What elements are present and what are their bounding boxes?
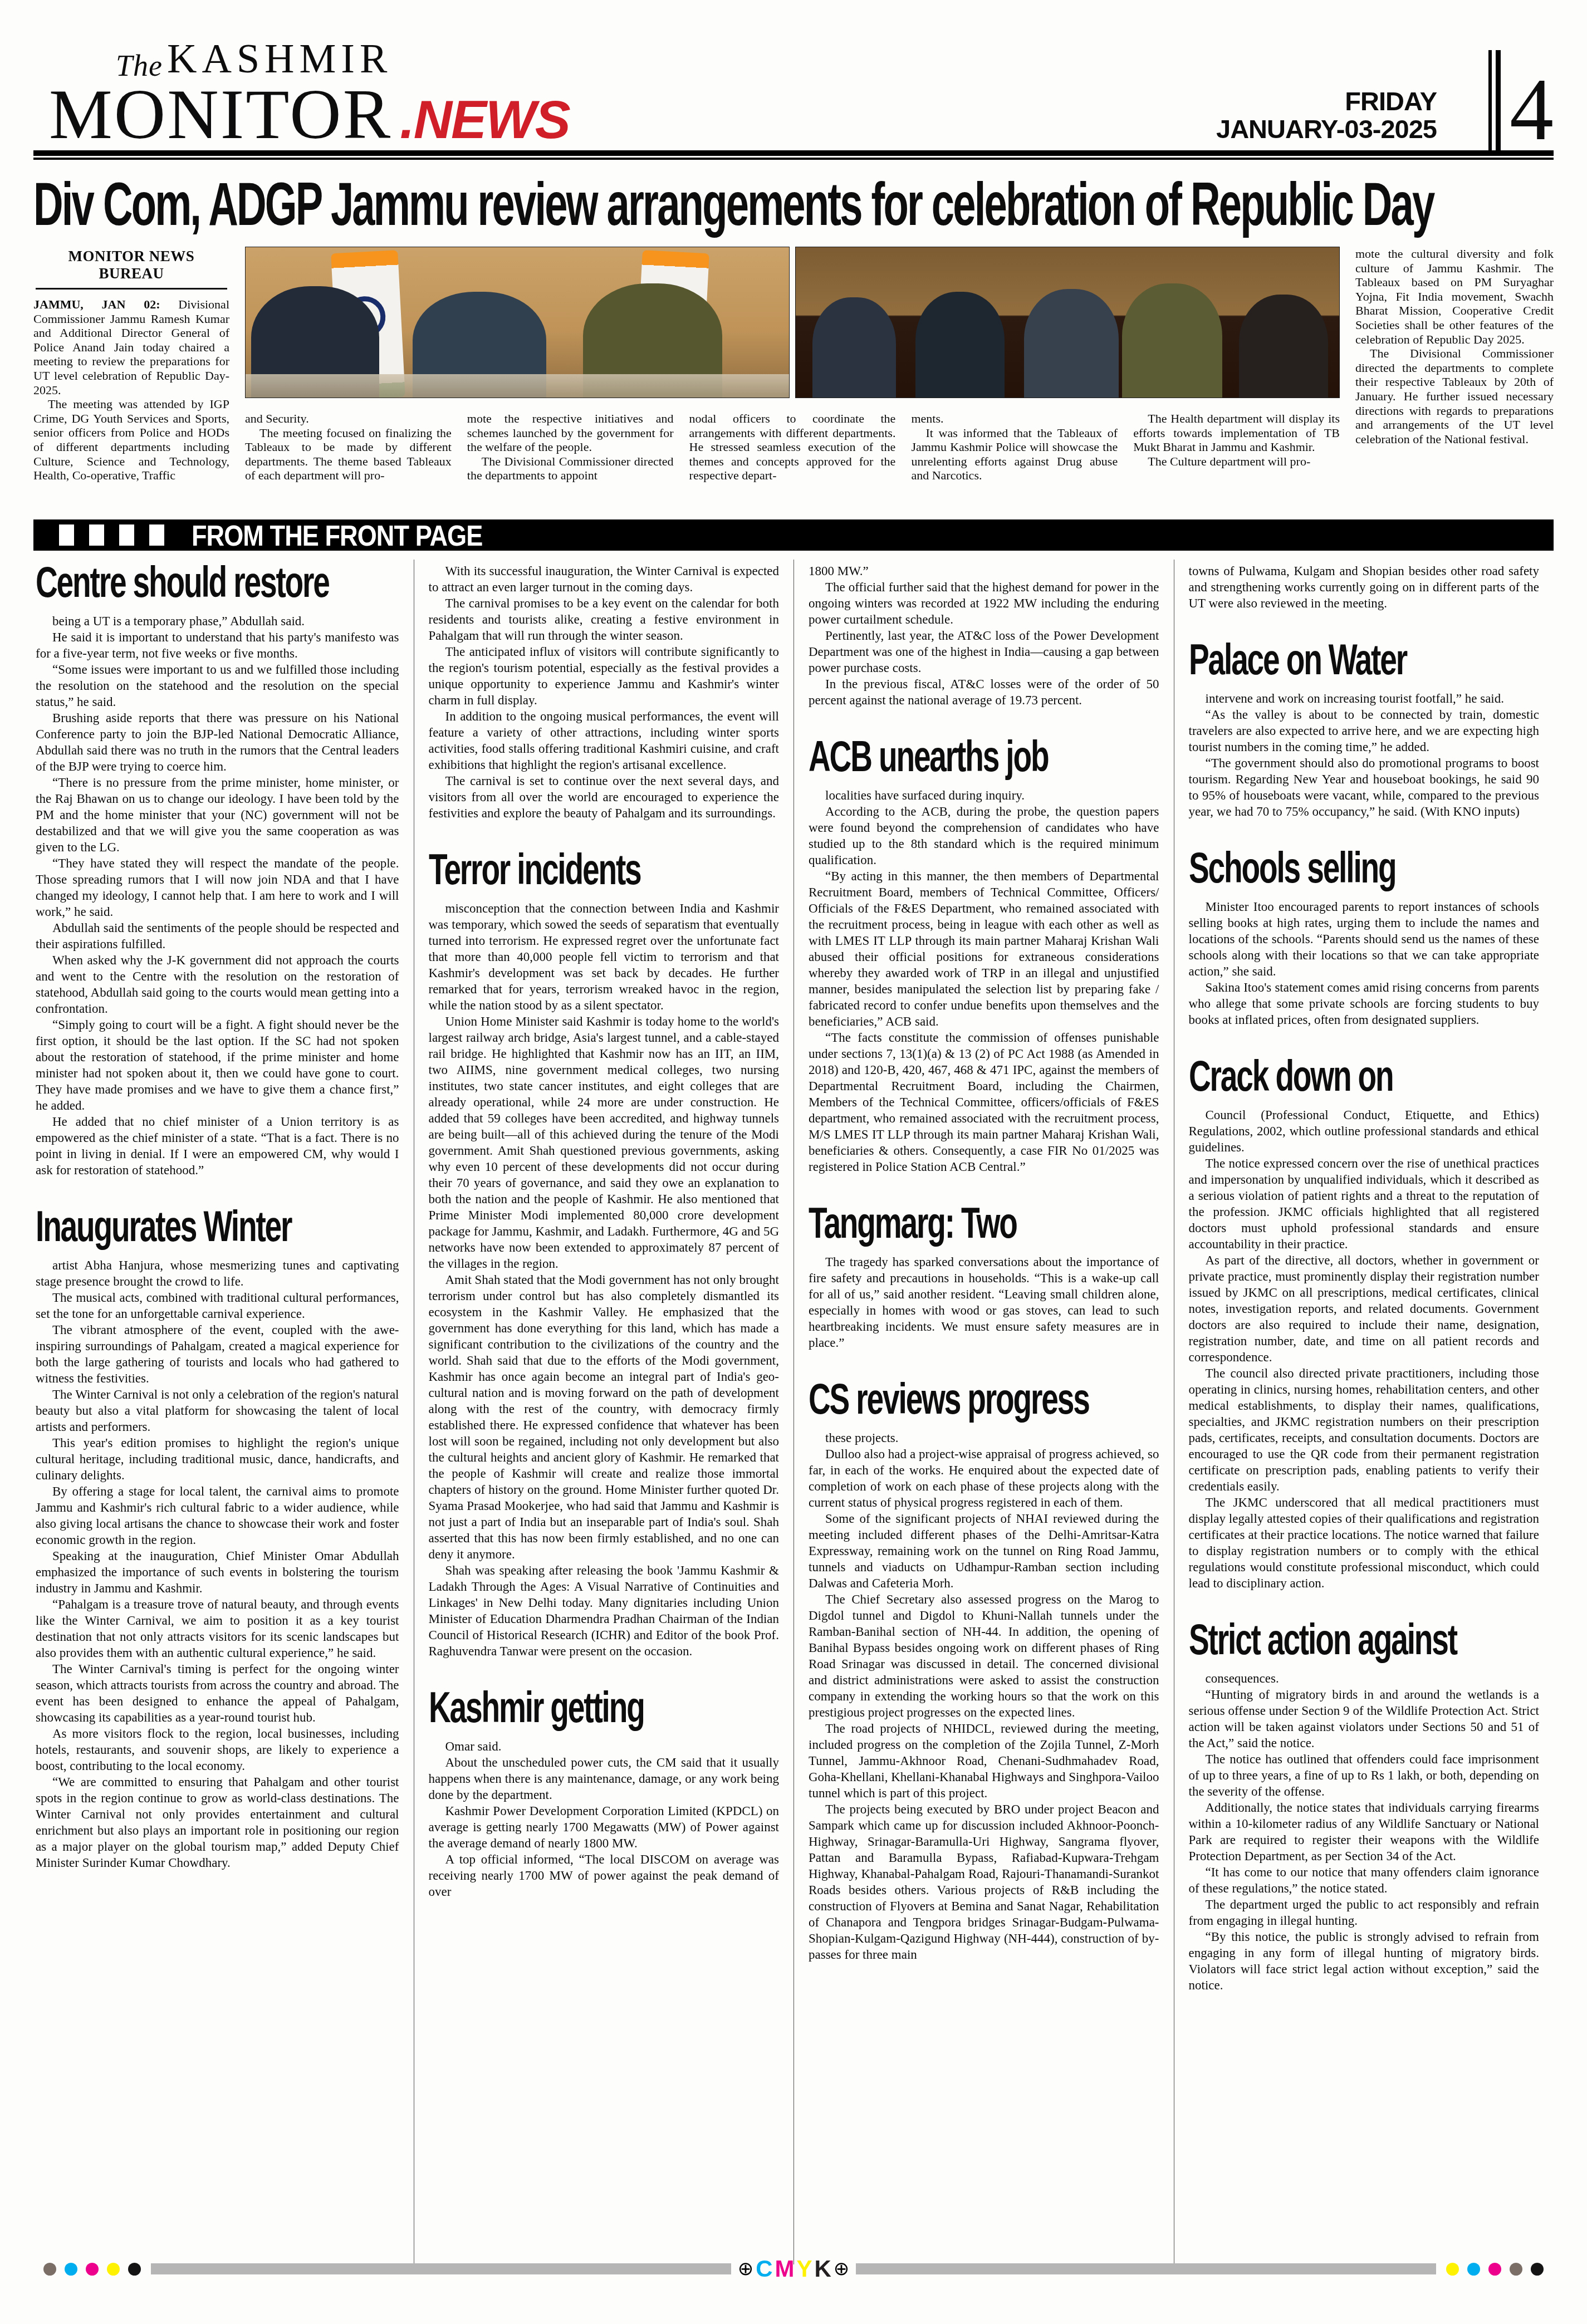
logo-monitor: MONITOR [49,79,392,150]
lead-mini-column: mote the respective initiatives and sche… [467,411,674,499]
article-heading: Centre should restore [36,560,329,607]
calibration-dot-icon [86,2263,99,2276]
article-paragraph: misconception that the connection betwee… [429,900,780,1013]
photo-figure [812,297,896,398]
article-paragraph: The carnival promises to be a key event … [429,595,780,644]
photo-figure [1122,283,1222,398]
article-paragraph: The Divisional Commissioner directed the… [1355,346,1554,446]
article-heading-wrap: Strict action against [1189,1621,1540,1663]
banner-square-icon [149,524,164,546]
article-paragraph: The meeting focused on finalizing the Ta… [245,426,452,483]
article-paragraph: Union Home Minister said Kashmir is toda… [429,1013,780,1272]
article-paragraph: The anticipated influx of visitors will … [429,644,780,708]
article-paragraph: “There is no pressure from the prime min… [36,774,399,855]
article-paragraph: artist Abha Hanjura, whose mesmerizing t… [36,1257,399,1290]
issue-date: FRIDAY JANUARY-03-2025 [1216,87,1437,143]
footer-gray-bar [856,2263,1436,2274]
lead-mini-column: ments.It was informed that the Tableaux … [911,411,1118,499]
photo-figure [1239,295,1328,398]
article-paragraph: Sakina Itoo's statement comes amid risin… [1189,979,1540,1028]
registration-cross-icon: ⊕ [834,2258,850,2280]
newspaper-logo: The KASHMIR MONITOR .NEWS [49,36,570,151]
article-paragraph: The carnival is set to continue over the… [429,773,780,821]
article-paragraph: The Health department will display its e… [1133,411,1340,454]
registration-cross-icon: ⊕ [738,2258,754,2280]
article-heading: Tangmarg: Two [809,1198,1017,1248]
article-paragraph: “The facts constitute the commission of … [809,1029,1159,1175]
byline: MONITOR NEWS BUREAU [36,247,227,290]
calibration-dot-icon [107,2263,120,2276]
cmyk-letter: M [775,2256,795,2282]
section-banner-label: FROM THE FRONT PAGE [192,518,482,552]
newspaper-page: The KASHMIR MONITOR .NEWS FRIDAY JANUARY… [0,0,1587,2324]
article-paragraph: Council (Professional Conduct, Etiquette… [1189,1107,1540,1155]
article-heading: Terror incidents [429,844,641,894]
calibration-dot-icon [65,2263,77,2276]
article-paragraph: In the previous fiscal, AT&C losses were… [809,676,1159,708]
article-paragraph: As more visitors flock to the region, lo… [36,1725,399,1774]
cmyk-letter: Y [797,2256,812,2282]
lead-headline-wrap: Div Com, ADGP Jammu review arrangements … [33,171,1554,239]
article-paragraph: “We are committed to ensuring that Pahal… [36,1774,399,1871]
article-paragraph: It was informed that the Tableaux of Jam… [911,426,1118,483]
article-paragraph: Pertinently, last year, the AT&C loss of… [809,627,1159,676]
body-column: 1800 MW.”The official further said that … [793,560,1174,2264]
article-paragraph: Abdullah said the sentiments of the peop… [36,920,399,952]
issue-date-text: JANUARY-03-2025 [1216,115,1437,143]
banner-square-icon [59,524,74,546]
masthead: The KASHMIR MONITOR .NEWS FRIDAY JANUARY… [33,32,1554,150]
article-paragraph: Some of the significant projects of NHAI… [809,1511,1159,1591]
article-heading: Crack down on [1189,1051,1393,1101]
article-paragraph: The Winter Carnival's timing is perfect … [36,1661,399,1725]
article-heading-wrap: ACB unearths job [809,738,1159,779]
lead-headline: Div Com, ADGP Jammu review arrangements … [33,169,1433,239]
article-heading-wrap: Tangmarg: Two [809,1205,1159,1246]
article-paragraph: The Culture department will pro- [1133,454,1340,469]
article-heading: Kashmir getting [429,1682,644,1732]
article-paragraph: The projects being executed by BRO under… [809,1801,1159,1963]
lead-mini-column: nodal officers to coordinate the arrange… [689,411,896,499]
article-paragraph: He said it is important to understand th… [36,629,399,661]
section-banner: FROM THE FRONT PAGE [33,519,1554,551]
article-paragraph: mote the respective initiatives and sche… [467,411,674,454]
article-paragraph: When asked why the J-K government did no… [36,952,399,1017]
article-paragraph: “Some issues were important to us and we… [36,661,399,710]
article-paragraph: Omar said. [429,1738,780,1754]
article-paragraph: nodal officers to coordinate the arrange… [689,411,896,483]
calibration-dot-icon [1467,2263,1480,2276]
article-paragraph: being a UT is a temporary phase,” Abdull… [36,613,399,629]
calibration-dot-icon [1510,2263,1522,2276]
article-paragraph: JAMMU, JAN 02: Divisional Commissioner J… [33,297,229,397]
photo-figure [1024,289,1119,398]
article-paragraph: mote the cultural diversity and folk cul… [1355,247,1554,346]
article-paragraph: “By this notice, the public is strongly … [1189,1929,1540,1993]
article-paragraph: “Hunting of migratory birds in and aroun… [1189,1686,1540,1751]
lead-center: and Security.The meeting focused on fina… [245,247,1340,509]
calibration-dot-icon [1531,2263,1544,2276]
article-heading: Schools selling [1189,842,1395,893]
article-paragraph: “Pahalgam is a treasure trove of natural… [36,1596,399,1661]
article-paragraph: 1800 MW.” [809,563,1159,579]
article-paragraph: The notice has outlined that offenders c… [1189,1751,1540,1800]
body-column: Centre should restorebeing a UT is a tem… [33,560,414,2264]
article-heading-wrap: Centre should restore [36,564,399,605]
lead-left-paragraphs: JAMMU, JAN 02: Divisional Commissioner J… [33,297,229,483]
calibration-dot-icon [128,2263,141,2276]
article-paragraph: According to the ACB, during the probe, … [809,803,1159,868]
article-paragraph: The official further said that the highe… [809,579,1159,627]
body-column: With its successful inauguration, the Wi… [414,560,794,2264]
article-paragraph: The Winter Carnival is not only a celebr… [36,1386,399,1435]
meeting-photo-left [245,247,790,398]
front-page-section: Centre should restorebeing a UT is a tem… [33,560,1554,2264]
article-paragraph: The council also directed private practi… [1189,1365,1540,1494]
article-paragraph: ments. [911,411,1118,426]
footer-gray-bar [151,2263,731,2274]
article-paragraph: “The government should also do promotion… [1189,755,1540,820]
lead-story: MONITOR NEWS BUREAU JAMMU, JAN 02: Divis… [33,247,1554,509]
article-paragraph: As part of the directive, all doctors, w… [1189,1252,1540,1365]
article-paragraph: The JKMC underscored that all medical pr… [1189,1494,1540,1591]
lead-photos [245,247,1340,398]
article-heading: Palace on Water [1189,634,1407,684]
lead-right-paragraphs: mote the cultural diversity and folk cul… [1355,247,1554,446]
article-paragraph: The tragedy has sparked conversations ab… [809,1254,1159,1351]
cmyk-letter: K [815,2256,831,2282]
article-paragraph: The road projects of NHIDCL, reviewed du… [809,1720,1159,1801]
calibration-dot-icon [1488,2263,1501,2276]
page-number: 4 [1510,70,1554,150]
article-heading: Inaugurates Winter [36,1201,291,1251]
article-heading-wrap: CS reviews progress [809,1381,1159,1422]
lead-left-column: MONITOR NEWS BUREAU JAMMU, JAN 02: Divis… [33,247,229,509]
article-paragraph: Minister Itoo encouraged parents to repo… [1189,899,1540,979]
article-paragraph: Additionally, the notice states that ind… [1189,1800,1540,1864]
photo-figure [915,292,1005,398]
article-paragraph: Amit Shah stated that the Modi governmen… [429,1272,780,1562]
article-paragraph: The musical acts, combined with traditio… [36,1290,399,1322]
article-heading-wrap: Crack down on [1189,1058,1540,1099]
article-heading: ACB unearths job [809,731,1048,781]
color-calibration-dots-right [1446,2263,1544,2276]
article-paragraph: Shah was speaking after releasing the bo… [429,1562,780,1659]
article-paragraph: By offering a stage for local talent, th… [36,1483,399,1548]
press-footer: ⊕CMYK⊕ [33,2262,1554,2276]
article-paragraph: A top official informed, “The local DISC… [429,1851,780,1900]
article-paragraph: Kashmir Power Development Corporation Li… [429,1803,780,1851]
article-paragraph: Dulloo also had a project-wise appraisal… [809,1446,1159,1511]
article-paragraph: The Chief Secretary also assessed progre… [809,1591,1159,1720]
meeting-photo-right [795,247,1340,398]
article-heading: Strict action against [1189,1614,1457,1664]
article-paragraph: The meeting was attended by IGP Crime, D… [33,397,229,483]
article-heading-wrap: Schools selling [1189,850,1540,891]
color-calibration-dots-left [43,2263,141,2276]
photo-table [246,374,789,398]
page-number-divider [1488,50,1501,150]
article-paragraph: The Divisional Commissioner directed the… [467,454,674,483]
banner-squares-icon [59,524,179,546]
article-paragraph: Brushing aside reports that there was pr… [36,710,399,774]
article-paragraph: “It has come to our notice that many off… [1189,1864,1540,1896]
article-heading-wrap: Palace on Water [1189,641,1540,683]
banner-square-icon [119,524,134,546]
calibration-dot-icon [1446,2263,1459,2276]
banner-square-icon [89,524,104,546]
article-paragraph: “Simply going to court will be a fight. … [36,1017,399,1114]
article-paragraph: With its successful inauguration, the Wi… [429,563,780,595]
calibration-dot-icon [43,2263,56,2276]
article-paragraph: Speaking at the inauguration, Chief Mini… [36,1548,399,1596]
cmyk-registration-mark: ⊕CMYK⊕ [731,2256,856,2282]
article-heading-wrap: Inaugurates Winter [36,1208,399,1249]
issue-day: FRIDAY [1216,87,1437,115]
article-paragraph: About the unscheduled power cuts, the CM… [429,1754,780,1803]
article-paragraph: “They have stated they will respect the … [36,855,399,920]
article-heading: CS reviews progress [809,1374,1089,1424]
body-column: towns of Pulwama, Kulgam and Shopian bes… [1174,560,1554,2264]
cmyk-letter: C [756,2256,772,2282]
lead-mini-column: The Health department will display its e… [1133,411,1340,499]
article-paragraph: and Security. [245,411,452,426]
logo-bottom-line: MONITOR .NEWS [49,79,570,151]
lead-under-photo-columns: and Security.The meeting focused on fina… [245,411,1340,499]
article-paragraph: The department urged the public to act r… [1189,1896,1540,1929]
article-paragraph: He added that no chief minister of a Uni… [36,1114,399,1178]
logo-news: .NEWS [400,90,570,151]
article-paragraph: towns of Pulwama, Kulgam and Shopian bes… [1189,563,1540,611]
article-paragraph: The vibrant atmosphere of the event, cou… [36,1322,399,1386]
article-paragraph: In addition to the ongoing musical perfo… [429,708,780,773]
article-paragraph: The notice expressed concern over the ri… [1189,1155,1540,1252]
article-paragraph: “As the valley is about to be connected … [1189,707,1540,755]
article-heading-wrap: Kashmir getting [429,1689,780,1730]
lead-right-column: mote the cultural diversity and folk cul… [1355,247,1554,509]
article-paragraph: these projects. [809,1430,1159,1446]
article-heading-wrap: Terror incidents [429,851,780,893]
article-paragraph: localities have surfaced during inquiry. [809,787,1159,803]
lead-mini-column: and Security.The meeting focused on fina… [245,411,452,499]
article-paragraph: intervene and work on increasing tourist… [1189,690,1540,707]
article-paragraph: consequences. [1189,1670,1540,1686]
article-paragraph: “By acting in this manner, the then memb… [809,868,1159,1029]
page-number-block: 4 [1488,45,1554,150]
article-paragraph: This year's edition promises to highligh… [36,1435,399,1483]
